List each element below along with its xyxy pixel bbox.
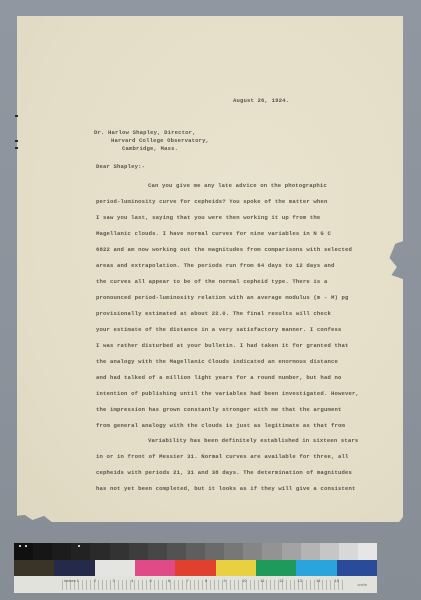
color-patch xyxy=(135,560,175,576)
gray-step xyxy=(320,543,339,560)
body-line: I was rather disturbed at your bulletin.… xyxy=(96,342,349,349)
gray-step xyxy=(301,543,320,560)
address-line: Dr. Harlow Shapley, Director, xyxy=(94,129,196,136)
color-patch xyxy=(296,560,336,576)
gray-step xyxy=(90,543,109,560)
body-line: in or in front of Messier 31. Normal cur… xyxy=(96,453,349,460)
ruler-number: 6 xyxy=(168,578,170,583)
ruler-number: 10 xyxy=(242,578,246,583)
paper-tint xyxy=(17,16,403,522)
color-patch xyxy=(14,560,54,576)
ruler-number: 13 xyxy=(298,578,302,583)
color-patch xyxy=(216,560,256,576)
ruler-number: 3 xyxy=(113,578,115,583)
body-line: I saw you last, saying that you were the… xyxy=(96,214,320,221)
ruler-number: 4 xyxy=(131,578,133,583)
body-line: your estimate of the distance in a very … xyxy=(96,326,341,333)
ruler-number: 9 xyxy=(224,578,226,583)
gray-step xyxy=(339,543,358,560)
body-line: and had talked of a million light years … xyxy=(96,374,341,381)
marker-dot xyxy=(78,545,80,547)
gray-step xyxy=(71,543,90,560)
paragraph-first-line: Variability has been definitely establis… xyxy=(148,437,358,444)
gray-step xyxy=(243,543,262,560)
color-patch xyxy=(95,560,135,576)
gray-step xyxy=(167,543,186,560)
letter-date: August 26, 1924. xyxy=(233,97,289,104)
gray-step xyxy=(14,543,33,560)
gray-step xyxy=(224,543,243,560)
body-line: intention of publishing until the variab… xyxy=(96,390,359,397)
ruler-number: 14 xyxy=(316,578,320,583)
edge-mark xyxy=(15,147,18,149)
edge-mark xyxy=(15,140,18,142)
body-line: has not yet been completed, but it looks… xyxy=(96,485,356,492)
edge-mark xyxy=(15,115,18,117)
color-patch xyxy=(175,560,215,576)
body-line: provisionally estimated at about 22.0. T… xyxy=(96,310,331,317)
body-line: the analogy with the Magellanic Clouds i… xyxy=(96,358,338,365)
gray-step xyxy=(110,543,129,560)
letter-page xyxy=(17,16,403,522)
body-line: areas and extrapolation. The periods run… xyxy=(96,262,334,269)
gray-step xyxy=(52,543,71,560)
gray-step xyxy=(282,543,301,560)
body-line: the curves all appear to be of the norma… xyxy=(96,278,327,285)
gray-step xyxy=(148,543,167,560)
ruler-number: 11 xyxy=(261,578,265,583)
marker-dot xyxy=(19,545,21,547)
ruler-number: 5 xyxy=(150,578,152,583)
color-patch xyxy=(256,560,296,576)
ruler-number: 15 xyxy=(335,578,339,583)
ruler-number: 8 xyxy=(205,578,207,583)
body-line: the impression has grown constantly stro… xyxy=(96,406,341,413)
color-patch xyxy=(54,560,94,576)
ruler: inches 1 23456789101112131415 cm/in xyxy=(14,576,377,593)
gray-step xyxy=(205,543,224,560)
card-code: cm/in xyxy=(357,582,367,587)
body-line: 6822 and am now working out the magnitud… xyxy=(96,246,352,253)
body-line: period-luminosity curve for cepheids? Yo… xyxy=(96,198,327,205)
body-line: from general analogy with the clouds is … xyxy=(96,422,345,429)
gray-step xyxy=(186,543,205,560)
body-line: cepheids with periods 21, 31 and 38 days… xyxy=(96,469,352,476)
ruler-number: 7 xyxy=(187,578,189,583)
ruler-label: inches 1 xyxy=(64,578,79,583)
address-line: Cambridge, Mass. xyxy=(122,145,178,152)
gray-step xyxy=(33,543,52,560)
gray-step xyxy=(262,543,281,560)
body-line: Magellanic clouds. I have normal curves … xyxy=(96,230,331,237)
gray-scale-strip xyxy=(14,543,377,560)
ruler-ticks xyxy=(62,580,346,590)
ruler-number: 12 xyxy=(279,578,283,583)
paragraph-first-line: Can you give me any late advice on the p… xyxy=(148,182,327,189)
color-calibration-card: inches 1 23456789101112131415 cm/in xyxy=(14,543,377,593)
gray-step xyxy=(129,543,148,560)
color-patch xyxy=(337,560,377,576)
salutation: Dear Shapley:- xyxy=(96,163,145,170)
body-line: pronounced period-luminosity relation wi… xyxy=(96,294,349,301)
gray-step xyxy=(358,543,377,560)
marker-dot xyxy=(25,545,27,547)
ruler-number: 2 xyxy=(94,578,96,583)
color-patch-strip xyxy=(14,560,377,576)
address-line: Harvard College Observatory, xyxy=(111,137,209,144)
